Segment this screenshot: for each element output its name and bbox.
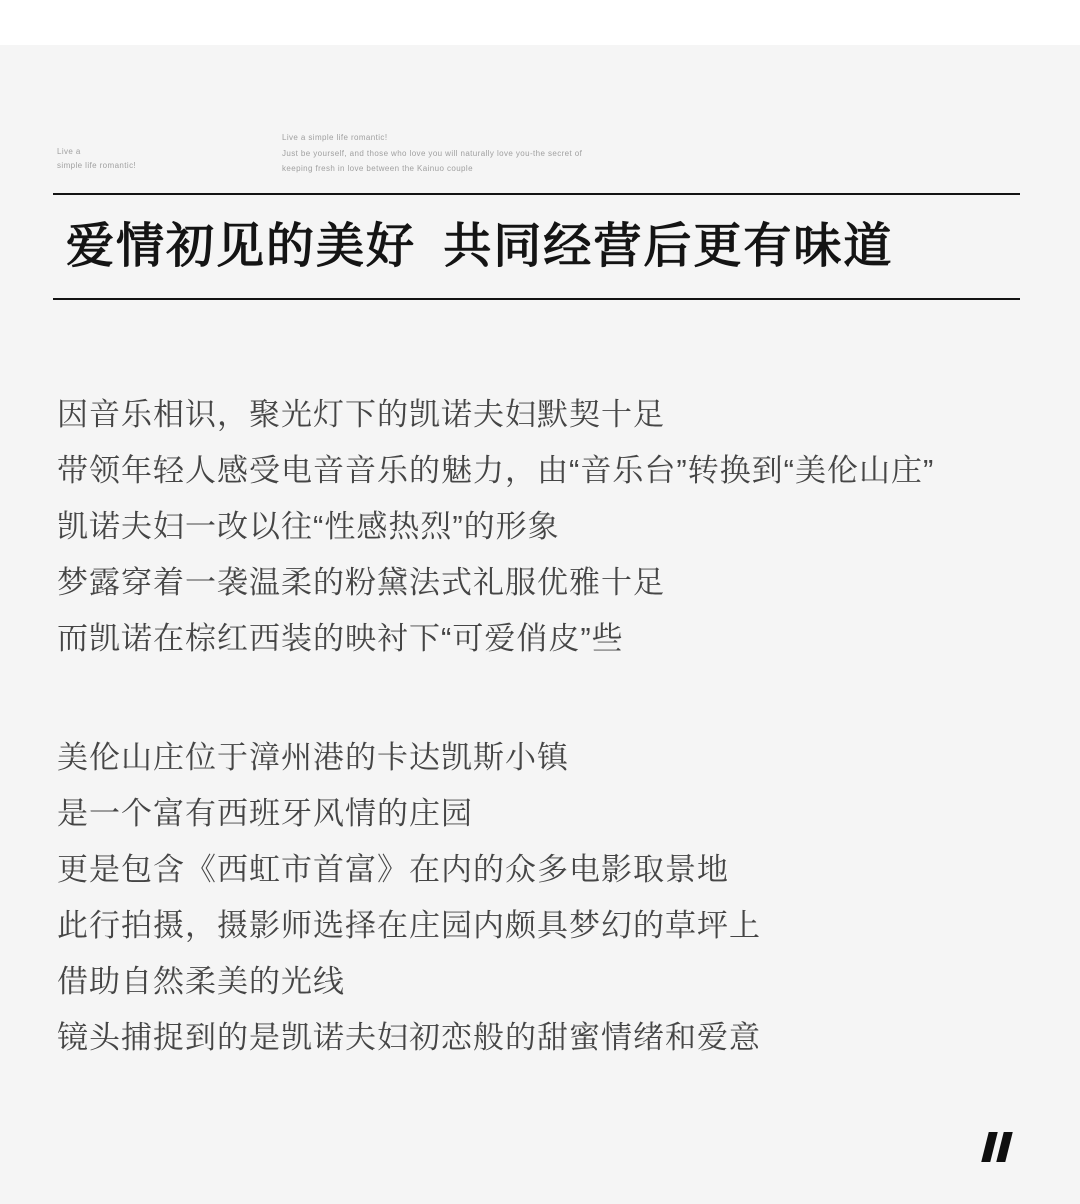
body-line: 美伦山庄位于漳州港的卡达凯斯小镇 xyxy=(57,730,1037,786)
tagline-right-line-3: keeping fresh in love between the Kainuo… xyxy=(282,161,582,177)
article-page: Live a simple life romantic! Live a simp… xyxy=(0,0,1080,1204)
tagline-right-line-2: Just be yourself, and those who love you… xyxy=(282,146,582,162)
body-line: 此行拍摄，摄影师选择在庄园内颇具梦幻的草坪上 xyxy=(57,898,1037,954)
quote-bar-right xyxy=(996,1132,1012,1162)
body-line: 是一个富有西班牙风情的庄园 xyxy=(57,786,1037,842)
tagline-left-line-1: Live a xyxy=(57,145,136,159)
quote-bar-left xyxy=(981,1132,997,1162)
body-line: 更是包含《西虹市首富》在内的众多电影取景地 xyxy=(57,842,1037,898)
paragraph-2: 美伦山庄位于漳州港的卡达凯斯小镇 是一个富有西班牙风情的庄园 更是包含《西虹市首… xyxy=(57,730,1037,1066)
body-line: 梦露穿着一袭温柔的粉黛法式礼服优雅十足 xyxy=(57,555,1037,611)
title-block: 爱情初见的美好 共同经营后更有味道 xyxy=(53,193,1020,300)
top-white-strip xyxy=(0,0,1080,45)
body-line: 因音乐相识，聚光灯下的凯诺夫妇默契十足 xyxy=(57,387,1037,443)
body-line: 借助自然柔美的光线 xyxy=(57,954,1037,1010)
article-canvas: Live a simple life romantic! Live a simp… xyxy=(0,45,1080,1204)
body-line: 而凯诺在棕红西装的映衬下“可爱俏皮”些 xyxy=(57,611,1037,667)
body-line: 凯诺夫妇一改以往“性感热烈”的形象 xyxy=(57,499,1037,555)
double-quote-icon xyxy=(985,1132,1009,1162)
tagline-right: Live a simple life romantic! Just be you… xyxy=(282,130,582,177)
paragraph-1: 因音乐相识，聚光灯下的凯诺夫妇默契十足 带领年轻人感受电音音乐的魅力，由“音乐台… xyxy=(57,387,1037,667)
page-title: 爱情初见的美好 共同经营后更有味道 xyxy=(53,195,1020,271)
tagline-left-line-2: simple life romantic! xyxy=(57,159,136,173)
tagline-left: Live a simple life romantic! xyxy=(57,145,136,173)
body-line: 带领年轻人感受电音音乐的魅力，由“音乐台”转换到“美伦山庄” xyxy=(57,443,1037,499)
body-line: 镜头捕捉到的是凯诺夫妇初恋般的甜蜜情绪和爱意 xyxy=(57,1010,1037,1066)
tagline-right-line-1: Live a simple life romantic! xyxy=(282,130,582,146)
